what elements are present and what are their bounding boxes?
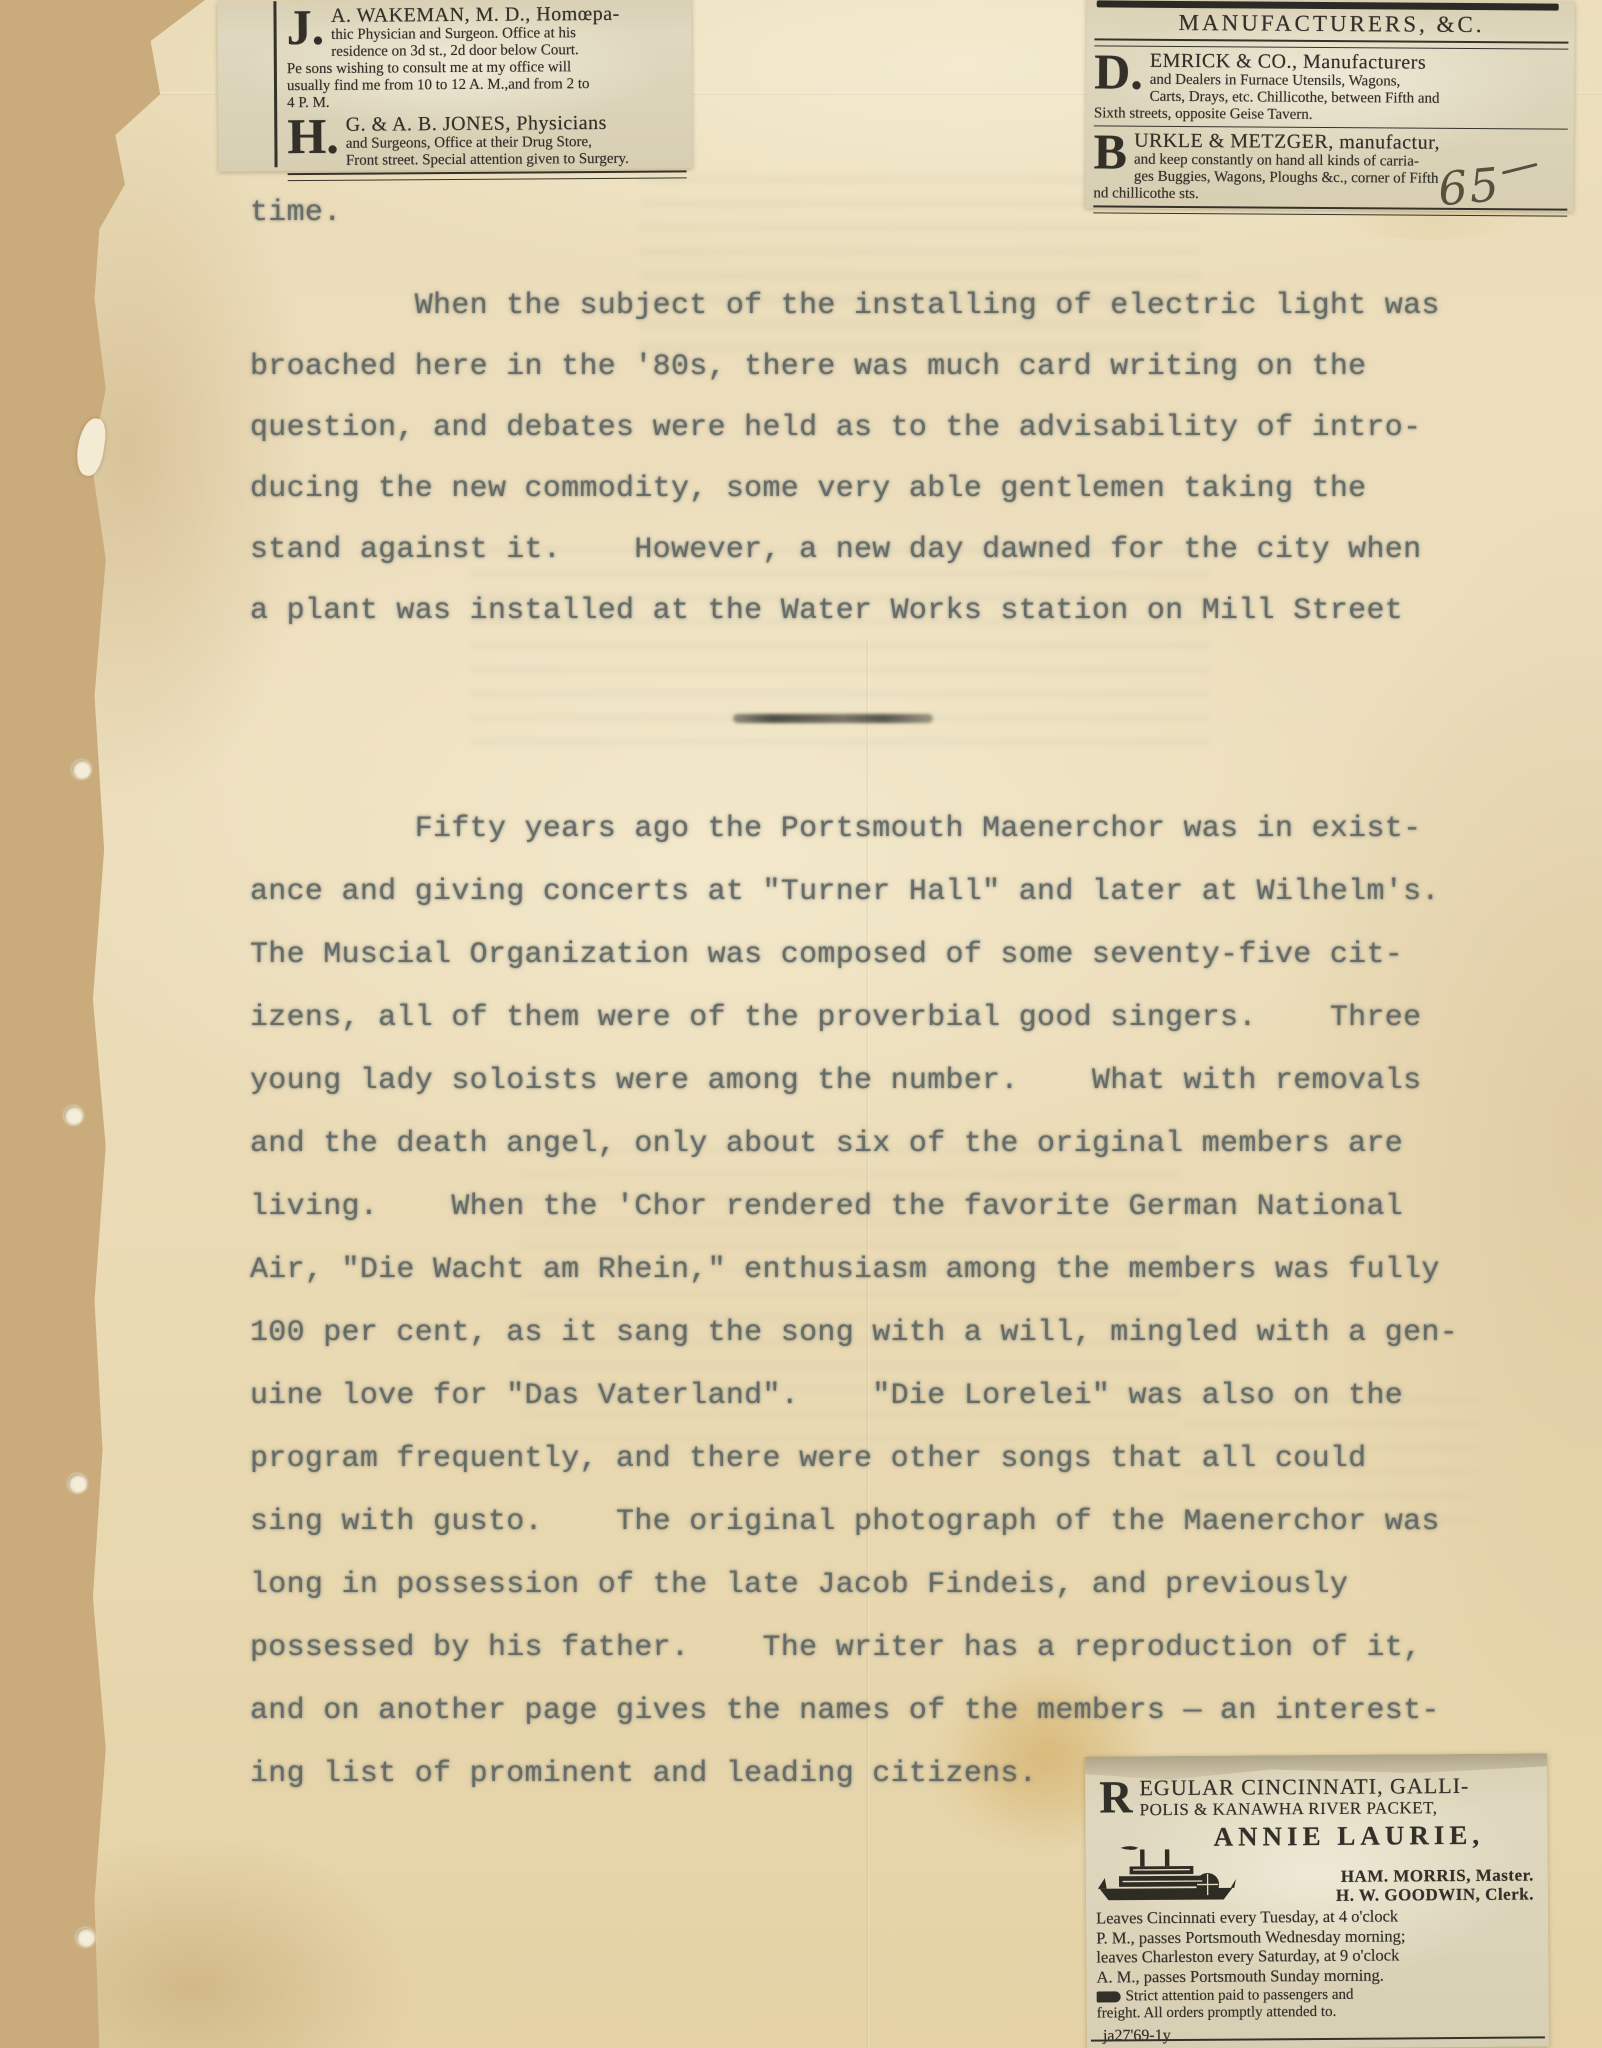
typed-line: a plant was installed at the Water Works…	[250, 581, 1440, 642]
handwritten-dash	[1501, 163, 1537, 175]
printers-fist-icon	[1097, 1991, 1121, 2002]
typed-line: long in possession of the late Jacob Fin…	[250, 1554, 1458, 1617]
ad-text-line: A. M., passes Portsmouth Sunday morning.	[1096, 1965, 1405, 1987]
packet-master: HAM. MORRIS, Master.	[1341, 1865, 1534, 1886]
punch-hole	[68, 1474, 87, 1493]
packet-headline-block: R EGULAR CINCINNATI, GALLI- POLIS & KANA…	[1099, 1774, 1429, 1819]
ad-jones: H. G. & A. B. JONES, Physicians and Surg…	[287, 111, 686, 170]
typed-line: time.	[250, 196, 342, 230]
typed-line: ducing the new commodity, some very able…	[250, 459, 1440, 520]
printed-rule	[1094, 38, 1568, 49]
section-header: MANUFACTURERS, &C.	[1094, 9, 1568, 38]
typed-line: When the subject of the installing of el…	[250, 276, 1440, 337]
typed-line: program frequently, and there were other…	[250, 1428, 1458, 1491]
typed-line: question, and debates were held as to th…	[250, 398, 1440, 459]
punch-hole	[64, 1106, 83, 1125]
clipping-packet-column: R EGULAR CINCINNATI, GALLI- POLIS & KANA…	[1085, 1753, 1549, 2048]
typed-line: and the death angel, only about six of t…	[250, 1113, 1458, 1176]
typed-line: sing with gusto. The original photograph…	[250, 1491, 1458, 1554]
typed-line: living. When the 'Chor rendered the favo…	[250, 1176, 1458, 1239]
typed-paragraph-electric-light: When the subject of the installing of el…	[250, 276, 1440, 642]
notice-text: Strict attention paid to passengers and	[1126, 1987, 1354, 2005]
typed-line: and on another page gives the names of t…	[250, 1680, 1458, 1743]
ad-jones-dropcap: H.	[287, 116, 339, 156]
packet-dropcap: R	[1099, 1778, 1132, 1816]
packet-notice: Strict attention paid to passengers and …	[1097, 1987, 1354, 2023]
ad-burkle-dropcap: B	[1094, 131, 1128, 171]
typed-paragraph-maenerchor: Fifty years ago the Portsmouth Maenercho…	[250, 798, 1458, 1806]
typed-section-divider	[733, 714, 933, 723]
ad-text-line: Sixth streets, opposite Geise Tavern.	[1094, 105, 1568, 125]
typed-line: Air, "Die Wacht am Rhein," enthusiasm am…	[250, 1239, 1458, 1302]
ad-text-line: Front street. Special attention given to…	[287, 150, 686, 170]
typed-line: young lady soloists were among the numbe…	[250, 1050, 1458, 1113]
typed-line: ance and giving concerts at "Turner Hall…	[250, 861, 1458, 924]
clipping-medical-ads: J. A. WAKEMAN, M. D., Homœpa- thic Physi…	[217, 0, 692, 172]
ad-text-line: leaves Charleston every Saturday, at 9 o…	[1096, 1945, 1405, 1967]
boat-name: ANNIE LAURIE,	[1213, 1820, 1484, 1853]
ad-emrick-dropcap: D.	[1094, 51, 1143, 91]
packet-dateline: ja27'69-1y	[1103, 2027, 1171, 2045]
typed-opening: time.	[250, 196, 342, 230]
clipping-annie-laurie-packet: R EGULAR CINCINNATI, GALLI- POLIS & KANA…	[1085, 1753, 1549, 2048]
ad-text-line: Leaves Cincinnati every Tuesday, at 4 o'…	[1096, 1906, 1405, 1928]
typed-line: broached here in the '80s, there was muc…	[250, 337, 1440, 398]
typed-line: 100 per cent, as it sang the song with a…	[250, 1302, 1458, 1365]
typed-line: Fifty years ago the Portsmouth Maenercho…	[250, 798, 1458, 861]
ad-text-line: P. M., passes Portsmouth Wednesday morni…	[1096, 1926, 1405, 1948]
typed-line: stand against it. However, a new day daw…	[250, 520, 1440, 581]
ad-text-line: 4 P. M.	[287, 92, 686, 112]
punch-hole	[72, 760, 91, 779]
packet-clerk: H. W. GOODWIN, Clerk.	[1336, 1884, 1534, 1905]
typed-line: possessed by his father. The writer has …	[250, 1617, 1458, 1680]
ad-emrick: D. EMRICK & CO., Manufacturers and Deale…	[1094, 49, 1568, 125]
packet-schedule: Leaves Cincinnati every Tuesday, at 4 o'…	[1096, 1906, 1406, 1986]
typed-line: uine love for "Das Vaterland". "Die Lore…	[250, 1365, 1458, 1428]
typed-line: The Muscial Organization was composed of…	[250, 924, 1458, 987]
scan-background: { "palette":{"paper":"#EADAB6","newsprin…	[0, 0, 1602, 2048]
handwritten-page-number: 65	[1436, 154, 1541, 217]
packet-headline: EGULAR CINCINNATI, GALLI-	[1099, 1774, 1429, 1800]
ad-wakeman: J. A. WAKEMAN, M. D., Homœpa- thic Physi…	[286, 2, 686, 112]
ad-jones-headline: G. & A. B. JONES, Physicians	[287, 111, 686, 136]
ad-wakeman-dropcap: J.	[286, 7, 324, 47]
typed-line: izens, all of them were of the proverbia…	[250, 987, 1458, 1050]
punch-hole	[76, 1928, 95, 1947]
ad-wakeman-headline: A. WAKEMAN, M. D., Homœpa-	[286, 2, 685, 27]
handwritten-digits: 65	[1436, 157, 1503, 216]
packet-subline: POLIS & KANAWHA RIVER PACKET,	[1099, 1798, 1429, 1819]
steamboat-illustration	[1094, 1844, 1240, 1907]
clipping-medical-column: J. A. WAKEMAN, M. D., Homœpa- thic Physi…	[273, 0, 686, 167]
ad-text-line: freight. All orders promptly attended to…	[1097, 2004, 1354, 2023]
ad-text-line: Strict attention paid to passengers and	[1097, 1987, 1354, 2006]
